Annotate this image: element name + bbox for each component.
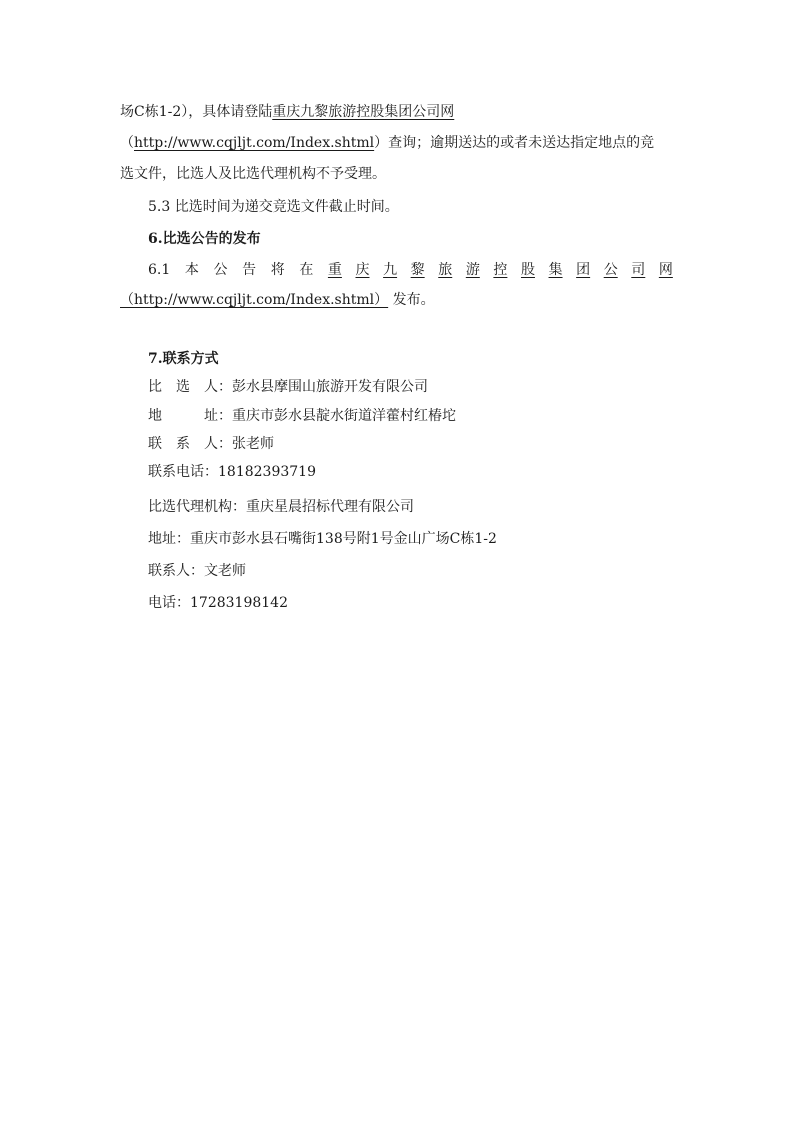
text: 址 [204, 407, 218, 425]
text: 庆 [356, 261, 370, 279]
text: ）查询；逾期送达的或者未送达指定地点的竞 [374, 135, 654, 151]
contact-value: ：张老师 [218, 436, 274, 452]
agency-row: 比选代理机构：重庆星晨招标代理有限公司 [148, 498, 414, 516]
paragraph-5-3: 5.3 比选时间为递交竞选文件截止时间。 [148, 198, 399, 216]
agency-contact-row: 联系人：文老师 [148, 562, 246, 580]
text: 公 [604, 261, 618, 279]
paragraph-5-2-line-2: （http://www.cqjljt.com/Index.shtml）查询；逾期… [120, 134, 654, 152]
agency-address-row: 地址：重庆市彭水县石嘴街138号附1号金山广场C栋1-2 [148, 530, 497, 548]
text: （ [120, 135, 134, 151]
text: 重 [328, 261, 342, 279]
website-url-link[interactable]: （http://www.cqjljt.com/Index.shtml） [120, 292, 388, 308]
text: 司 [631, 261, 645, 279]
paragraph-6-1-line-1: 6.1 本 公 告 将 在 重 庆 九 黎 旅 游 控 股 集 团 公 司 网 [148, 261, 673, 279]
text: 黎 [411, 261, 425, 279]
text: 人 [204, 435, 218, 453]
text: 发布。 [393, 292, 435, 308]
text: 人 [204, 378, 218, 396]
text: 比 [148, 378, 162, 396]
text: 6.1 [148, 261, 170, 279]
text: 游 [466, 261, 480, 279]
paragraph-5-2-line-1: 场C栋1-2），具体请登陆重庆九黎旅游控股集团公司网 [120, 103, 454, 121]
website-url-link[interactable]: http://www.cqjljt.com/Index.shtml [134, 135, 374, 151]
text: 场C栋1-2），具体请登陆 [120, 104, 272, 120]
tenderer-value: ：彭水县摩围山旅游开发有限公司 [218, 379, 428, 395]
text: 告 [242, 261, 256, 279]
text: 系 [176, 435, 190, 453]
text: 联 [148, 435, 162, 453]
text: 股 [521, 261, 535, 279]
text: 在 [299, 261, 313, 279]
text: 团 [576, 261, 590, 279]
text: 地 [148, 407, 162, 425]
address-value: ：重庆市彭水县靛水街道洋藿村红椿坨 [218, 408, 456, 424]
text: 公 [213, 261, 227, 279]
document-page: 场C栋1-2），具体请登陆重庆九黎旅游控股集团公司网 （http://www.c… [0, 0, 793, 1122]
paragraph-5-2-line-3: 选文件，比选人及比选代理机构不予受理。 [120, 165, 386, 183]
text: 将 [271, 261, 285, 279]
contact-row: 联 系 人 ：张老师 [148, 435, 274, 453]
tenderer-label: 比 选 人 [148, 378, 218, 396]
agency-phone-row: 电话：17283198142 [148, 594, 288, 612]
tenderer-row: 比 选 人 ：彭水县摩围山旅游开发有限公司 [148, 378, 428, 396]
address-row: 地 址 ：重庆市彭水县靛水街道洋藿村红椿坨 [148, 407, 456, 425]
section-7-heading: 7.联系方式 [148, 350, 219, 368]
text: 九 [383, 261, 397, 279]
text: 集 [549, 261, 563, 279]
text: 网 [659, 261, 673, 279]
text: 旅 [438, 261, 452, 279]
text: 控 [493, 261, 507, 279]
address-label: 地 址 [148, 407, 218, 425]
paragraph-6-1-line-2: （http://www.cqjljt.com/Index.shtml） 发布。 [120, 291, 435, 309]
text: 本 [185, 261, 199, 279]
text: 选 [176, 378, 190, 396]
company-website-link[interactable]: 重 庆 九 黎 旅 游 控 股 集 团 公 司 网 [328, 261, 673, 279]
contact-label: 联 系 人 [148, 435, 218, 453]
phone-row: 联系电话：18182393719 [148, 463, 316, 481]
company-website-link[interactable]: 重庆九黎旅游控股集团公司网 [272, 104, 454, 120]
section-6-heading: 6.比选公告的发布 [148, 230, 261, 248]
